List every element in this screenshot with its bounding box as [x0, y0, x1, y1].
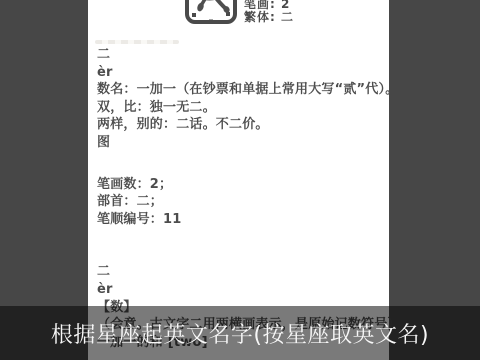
title-overlay: 根据星座起英文名字(按星座取英文名): [0, 306, 480, 360]
traditional-info: 繁体: 二: [244, 11, 294, 24]
radical: 部首：二；: [97, 193, 383, 211]
overlay-title: 根据星座起英文名字(按星座取英文名): [51, 318, 429, 349]
headword: 二: [97, 46, 383, 64]
headword: 二: [97, 263, 383, 281]
definition-line: 图: [97, 134, 383, 152]
stroke-order-image: [184, 0, 238, 38]
calligraphy-icon: [184, 0, 238, 38]
stroke-order-code: 笔顺编号：11: [97, 211, 383, 229]
definition-line: 两样，别的：二话。不二价。: [97, 116, 383, 134]
definition-line: 双，比：独一无二。: [97, 99, 383, 117]
definition-line: 数名：一加一（在钞票和单据上常用大写“贰”代）。: [97, 81, 383, 99]
stroke-count: 笔画数：2；: [97, 176, 383, 194]
character-info: 笔画: 2 繁体: 二: [244, 0, 294, 24]
pinyin: èr: [97, 281, 383, 299]
pinyin: èr: [97, 64, 383, 82]
stroke-info-block: 笔画数：2； 部首：二； 笔顺编号：11: [97, 176, 383, 229]
faint-divider: [95, 40, 179, 44]
page-background: 笔画: 2 繁体: 二 二 èr 数名：一加一（在钞票和单据上常用大写“贰”代）…: [0, 0, 480, 360]
